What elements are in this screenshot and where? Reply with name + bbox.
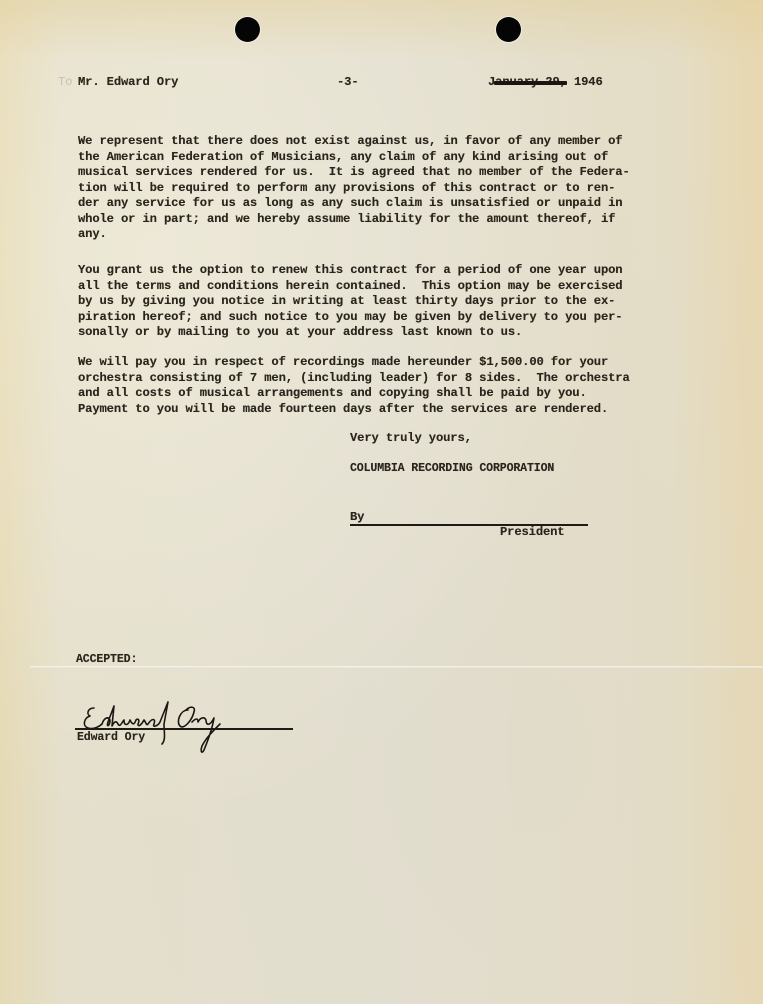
text-line: by us by giving you notice in writing at… [78,294,622,310]
signer-title: President [500,525,564,539]
page-number: -3- [337,75,359,89]
accepted-label: ACCEPTED: [76,653,137,666]
margin-mark: To [58,75,72,89]
text-line: whole or in part; and we hereby assume l… [78,212,630,228]
closing: Very truly yours, [350,431,472,445]
text-line: all the terms and conditions herein cont… [78,279,622,295]
text-line: der any service for us as long as any su… [78,196,630,212]
struck-date: January 29, [488,75,567,89]
text-line: We represent that there does not exist a… [78,134,630,150]
text-line: sonally or by mailing to you at your add… [78,325,622,341]
acceptance-signature-line [75,728,293,730]
text-line: Payment to you will be made fourteen day… [78,402,630,418]
text-line: the American Federation of Musicians, an… [78,150,630,166]
paragraph-payment: We will pay you in respect of recordings… [78,355,630,417]
paragraph-claims: We represent that there does not exist a… [78,134,630,243]
text-line: piration hereof; and such notice to you … [78,310,622,326]
punch-hole-left [235,17,260,42]
text-line: orchestra consisting of 7 men, (includin… [78,371,630,387]
fold-crease [30,666,763,669]
date-year: 1946 [574,75,603,89]
signer-name: Edward Ory [77,731,145,744]
text-line: tion will be required to perform any pro… [78,181,630,197]
text-line: We will pay you in respect of recordings… [78,355,630,371]
text-line: and all costs of musical arrangements an… [78,386,630,402]
punch-hole-right [496,17,521,42]
paragraph-renewal-option: You grant us the option to renew this co… [78,263,622,341]
header-recipient: Mr. Edward Ory [78,75,178,89]
text-line: any. [78,227,630,243]
header-date: January 29, 1946 [488,75,603,89]
text-line: musical services rendered for us. It is … [78,165,630,181]
company-name: COLUMBIA RECORDING CORPORATION [350,462,554,475]
by-label: By [350,510,364,524]
text-line: You grant us the option to renew this co… [78,263,622,279]
